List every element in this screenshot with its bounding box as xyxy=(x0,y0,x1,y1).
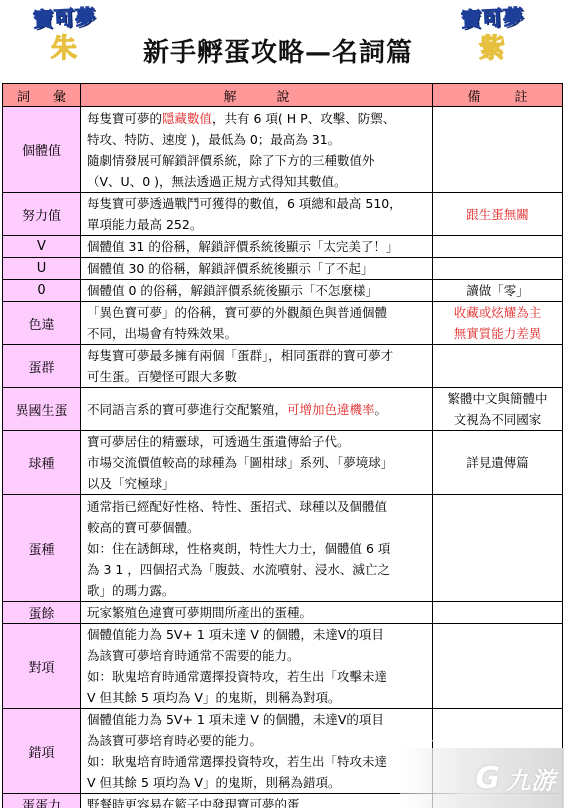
term-cell: 對項 xyxy=(3,624,81,709)
highlight-text: 可增加色違機率 xyxy=(287,402,375,417)
note-cell xyxy=(433,107,563,193)
table-row: 0個體值 0 的俗稱，解鎖評價系統後顯示「不怎麼樣」讀做「零」 xyxy=(3,280,563,302)
description-text: V 但其餘 5 項均為 V」的鬼斯，則稱為對項。 xyxy=(87,690,340,705)
table-row: 蛋餘玩家繁殖色違寶可夢期間所產出的蛋種。 xyxy=(3,602,563,624)
note-line: 無實質能力差異 xyxy=(435,323,560,344)
page-title: 新手孵蛋攻略—名詞篇 xyxy=(143,32,413,69)
term-cell: 蛋蛋力 xyxy=(3,794,81,808)
logo-violet-brand: 寶可夢 xyxy=(460,2,524,33)
page: 寶可夢 朱 新手孵蛋攻略—名詞篇 寶可夢 紫 詞彙 解說 備註 xyxy=(0,0,564,808)
description-line: 每隻寶可夢的隱藏數值，共有 6 項( H P、攻擊、防禦、 xyxy=(87,108,426,129)
term-cell: V xyxy=(3,236,81,258)
description-line: 個體值 31 的俗稱，解鎖評價系統後顯示「太完美了！」 xyxy=(87,236,426,257)
description-text: 個體值能力為 5V+ 1 項未達 V 的個體，未達V的項目 xyxy=(87,627,384,642)
description-cell: 玩家繁殖色違寶可夢期間所產出的蛋種。 xyxy=(81,602,433,624)
description-text: ，共有 6 項( H P、攻擊、防禦、 xyxy=(212,111,395,126)
column-header-description-a: 解 xyxy=(223,86,236,105)
term-cell: 個體值 xyxy=(3,107,81,193)
description-text: 不同語言系的寶可夢進行交配繁殖， xyxy=(87,402,287,417)
table-row: V個體值 31 的俗稱，解鎖評價系統後顯示「太完美了！」 xyxy=(3,236,563,258)
description-text: 為 3 1 ，四個招式為「腹鼓、水流噴射、浸水、滅亡之 xyxy=(87,562,390,577)
note-cell: 收藏或炫耀為主無實質能力差異 xyxy=(433,302,563,345)
highlight-text: 隱藏數值 xyxy=(162,111,212,126)
description-line: 寶可夢居住的精靈球，可透過生蛋遺傳給子代。 xyxy=(87,431,426,452)
description-text: 玩家繁殖色違寶可夢期間所產出的蛋種。 xyxy=(87,605,312,620)
table-header-row: 詞彙 解說 備註 xyxy=(3,84,563,107)
watermark-text: 九游 xyxy=(506,761,556,796)
description-text: 如：耿鬼培育時通常選擇投資特攻，若生出「攻擊未達 xyxy=(87,669,387,684)
description-line: 個體值 0 的俗稱，解鎖評價系統後顯示「不怎麼樣」 xyxy=(87,280,426,301)
note-cell: 詳見遺傳篇 xyxy=(433,431,563,495)
description-line: 隨劇情發展可解鎖評價系統，除了下方的三種數值外 xyxy=(87,150,426,171)
table-row: U個體值 30 的俗稱，解鎖評價系統後顯示「了不起」 xyxy=(3,258,563,280)
description-text: 歌」的瑪力露。 xyxy=(87,583,175,598)
glossary-table: 詞彙 解說 備註 個體值每隻寶可夢的隱藏數值，共有 6 項( H P、攻擊、防禦… xyxy=(2,83,563,808)
description-line: 玩家繁殖色違寶可夢期間所產出的蛋種。 xyxy=(87,602,426,623)
description-cell: 每隻寶可夢的隱藏數值，共有 6 項( H P、攻擊、防禦、特攻、特防、速度 )，… xyxy=(81,107,433,193)
column-header-note-a: 備 xyxy=(467,86,480,105)
description-cell: 每隻寶可夢最多擁有兩個「蛋群」，相同蛋群的寶可夢才可生蛋。百變怪可跟大多數 xyxy=(81,345,433,388)
term-cell: 球種 xyxy=(3,431,81,495)
description-text: 寶可夢居住的精靈球，可透過生蛋遺傳給子代。 xyxy=(87,434,350,449)
note-cell xyxy=(433,236,563,258)
description-line: 以及「究極球」 xyxy=(87,473,426,494)
description-cell: 個體值能力為 5V+ 1 項未達 V 的個體，未達V的項目為該寶可夢培育時通常不… xyxy=(81,624,433,709)
description-cell: 「異色寶可夢」的俗稱，寶可夢的外觀顏色與普通個體不同，出場會有特殊效果。 xyxy=(81,302,433,345)
description-line: 如：耿鬼培育時通常選擇投資特攻，若生出「攻擊未達 xyxy=(87,666,426,687)
column-header-term-a: 詞 xyxy=(17,86,30,105)
table-row: 蛋群每隻寶可夢最多擁有兩個「蛋群」，相同蛋群的寶可夢才可生蛋。百變怪可跟大多數 xyxy=(3,345,563,388)
note-line: 文視為不同國家 xyxy=(435,409,560,430)
table-row: 蛋種通常指已經配好性格、特性、蛋招式、球種以及個體值較高的寶可夢個體。如：住在誘… xyxy=(3,495,563,602)
description-text: 每隻寶可夢的 xyxy=(87,111,162,126)
logo-scarlet: 寶可夢 朱 xyxy=(14,4,114,78)
description-line: 為該寶可夢培育時必要的能力。 xyxy=(87,730,426,751)
description-line: 野餐時更容易在籃子中發現寶可夢的蛋 xyxy=(87,794,426,808)
term-cell: 努力值 xyxy=(3,193,81,236)
description-text: 「異色寶可夢」的俗稱，寶可夢的外觀顏色與普通個體 xyxy=(87,305,387,320)
note-cell xyxy=(433,345,563,388)
description-text: 為該寶可夢培育時通常不需要的能力。 xyxy=(87,648,300,663)
description-text: 可生蛋。百變怪可跟大多數 xyxy=(87,369,237,384)
table-row: 球種寶可夢居住的精靈球，可透過生蛋遺傳給子代。市場交流價值較高的球種為「圖柑球」… xyxy=(3,431,563,495)
note-line: 繁體中文與簡體中 xyxy=(435,388,560,409)
description-line: 歌」的瑪力露。 xyxy=(87,580,426,601)
description-cell: 個體值 0 的俗稱，解鎖評價系統後顯示「不怎麼樣」 xyxy=(81,280,433,302)
description-line: （V、U、0 )，無法透過正規方式得知其數值。 xyxy=(87,171,426,192)
note-line: 收藏或炫耀為主 xyxy=(435,302,560,323)
table-row: 色違「異色寶可夢」的俗稱，寶可夢的外觀顏色與普通個體不同，出場會有特殊效果。收藏… xyxy=(3,302,563,345)
logo-violet: 寶可夢 紫 xyxy=(442,4,542,78)
description-line: 「異色寶可夢」的俗稱，寶可夢的外觀顏色與普通個體 xyxy=(87,302,426,323)
description-cell: 每隻寶可夢透過戰鬥可獲得的數值，6 項總和最高 510，單項能力最高 252。 xyxy=(81,193,433,236)
description-line: 個體值 30 的俗稱，解鎖評價系統後顯示「了不起」 xyxy=(87,258,426,279)
description-text: 如：耿鬼培育時通常選擇投資特攻，若生出「特攻未達 xyxy=(87,754,387,769)
description-text: 個體值 30 的俗稱，解鎖評價系統後顯示「了不起」 xyxy=(87,261,373,276)
description-text: 如：住在誘餌球，性格爽朗，特性大力士，個體值 6 項 xyxy=(87,541,390,556)
description-text: 特攻、特防、速度 )，最低為 0；最高為 31。 xyxy=(87,132,340,147)
term-cell: 錯項 xyxy=(3,709,81,794)
note-cell xyxy=(433,495,563,602)
description-text: 以及「究極球」 xyxy=(87,476,175,491)
term-cell: 蛋種 xyxy=(3,495,81,602)
table-row: 努力值每隻寶可夢透過戰鬥可獲得的數值，6 項總和最高 510，單項能力最高 25… xyxy=(3,193,563,236)
column-header-description: 解說 xyxy=(81,84,433,107)
description-line: 如：住在誘餌球，性格爽朗，特性大力士，個體值 6 項 xyxy=(87,538,426,559)
description-line: 不同語言系的寶可夢進行交配繁殖，可增加色違機率。 xyxy=(87,399,426,420)
note-cell xyxy=(433,624,563,709)
description-cell: 寶可夢居住的精靈球，可透過生蛋遺傳給子代。市場交流價值較高的球種為「圖柑球」系列… xyxy=(81,431,433,495)
description-text: 個體值 0 的俗稱，解鎖評價系統後顯示「不怎麼樣」 xyxy=(87,283,378,298)
description-line: 為 3 1 ，四個招式為「腹鼓、水流噴射、浸水、滅亡之 xyxy=(87,559,426,580)
description-text: 單項能力最高 252。 xyxy=(87,217,202,232)
page-header: 寶可夢 朱 新手孵蛋攻略—名詞篇 寶可夢 紫 xyxy=(0,0,564,83)
note-line: 讀做「零」 xyxy=(435,280,560,301)
description-line: 個體值能力為 5V+ 1 項未達 V 的個體，未達V的項目 xyxy=(87,624,426,645)
description-line: 單項能力最高 252。 xyxy=(87,214,426,235)
table-row: 異國生蛋不同語言系的寶可夢進行交配繁殖，可增加色違機率。繁體中文與簡體中文視為不… xyxy=(3,388,563,431)
description-text: 野餐時更容易在籃子中發現寶可夢的蛋 xyxy=(87,797,300,808)
term-cell: 色違 xyxy=(3,302,81,345)
description-cell: 不同語言系的寶可夢進行交配繁殖，可增加色違機率。 xyxy=(81,388,433,431)
description-cell: 野餐時更容易在籃子中發現寶可夢的蛋 xyxy=(81,794,433,808)
description-line: 特攻、特防、速度 )，最低為 0；最高為 31。 xyxy=(87,129,426,150)
note-cell xyxy=(433,602,563,624)
description-cell: 通常指已經配好性格、特性、蛋招式、球種以及個體值較高的寶可夢個體。如：住在誘餌球… xyxy=(81,495,433,602)
term-cell: 蛋群 xyxy=(3,345,81,388)
description-text: 個體值 31 的俗稱，解鎖評價系統後顯示「太完美了！」 xyxy=(87,239,398,254)
description-line: 不同，出場會有特殊效果。 xyxy=(87,323,426,344)
description-text: V 但其餘 5 項均為 V」的鬼斯，則稱為錯項。 xyxy=(87,775,340,790)
watermark-logo-icon: G xyxy=(475,761,500,796)
description-cell: 個體值 30 的俗稱，解鎖評價系統後顯示「了不起」 xyxy=(81,258,433,280)
term-cell: 異國生蛋 xyxy=(3,388,81,431)
table-body: 個體值每隻寶可夢的隱藏數值，共有 6 項( H P、攻擊、防禦、特攻、特防、速度… xyxy=(3,107,563,808)
description-cell: 個體值 31 的俗稱，解鎖評價系統後顯示「太完美了！」 xyxy=(81,236,433,258)
description-line: 市場交流價值較高的球種為「圖柑球」系列、「夢境球」 xyxy=(87,452,426,473)
watermark: G 九游 xyxy=(400,748,564,808)
description-line: V 但其餘 5 項均為 V」的鬼斯，則稱為對項。 xyxy=(87,687,426,708)
column-header-term-b: 彙 xyxy=(53,86,66,105)
table-row: 個體值每隻寶可夢的隱藏數值，共有 6 項( H P、攻擊、防禦、特攻、特防、速度… xyxy=(3,107,563,193)
note-cell: 跟生蛋無關 xyxy=(433,193,563,236)
description-text: 不同，出場會有特殊效果。 xyxy=(87,326,237,341)
description-text: 為該寶可夢培育時必要的能力。 xyxy=(87,733,262,748)
description-text: （V、U、0 )，無法透過正規方式得知其數值。 xyxy=(87,174,347,189)
logo-scarlet-brand: 寶可夢 xyxy=(32,2,96,33)
note-cell: 繁體中文與簡體中文視為不同國家 xyxy=(433,388,563,431)
description-line: 可生蛋。百變怪可跟大多數 xyxy=(87,366,426,387)
table-row: 對項個體值能力為 5V+ 1 項未達 V 的個體，未達V的項目為該寶可夢培育時通… xyxy=(3,624,563,709)
description-line: 每隻寶可夢透過戰鬥可獲得的數值，6 項總和最高 510， xyxy=(87,193,426,214)
description-line: 個體值能力為 5V+ 1 項未達 V 的個體，未達V的項目 xyxy=(87,709,426,730)
column-header-term: 詞彙 xyxy=(3,84,81,107)
note-cell xyxy=(433,258,563,280)
description-text: 個體值能力為 5V+ 1 項未達 V 的個體，未達V的項目 xyxy=(87,712,384,727)
term-cell: 蛋餘 xyxy=(3,602,81,624)
logo-violet-version: 紫 xyxy=(479,32,505,66)
description-line: 如：耿鬼培育時通常選擇投資特攻，若生出「特攻未達 xyxy=(87,751,426,772)
description-line: V 但其餘 5 項均為 V」的鬼斯，則稱為錯項。 xyxy=(87,772,426,793)
term-cell: 0 xyxy=(3,280,81,302)
column-header-note-b: 註 xyxy=(515,86,528,105)
description-text: 隨劇情發展可解鎖評價系統，除了下方的三種數值外 xyxy=(87,153,375,168)
note-cell: 讀做「零」 xyxy=(433,280,563,302)
description-text: 較高的寶可夢個體。 xyxy=(87,520,200,535)
description-text: 通常指已經配好性格、特性、蛋招式、球種以及個體值 xyxy=(87,499,387,514)
note-line: 詳見遺傳篇 xyxy=(435,452,560,473)
logo-scarlet-version: 朱 xyxy=(51,32,77,66)
note-line: 跟生蛋無關 xyxy=(435,204,560,225)
column-header-note: 備註 xyxy=(433,84,563,107)
column-header-description-b: 說 xyxy=(277,86,290,105)
description-text: 市場交流價值較高的球種為「圖柑球」系列、「夢境球」 xyxy=(87,455,393,470)
description-cell: 個體值能力為 5V+ 1 項未達 V 的個體，未達V的項目為該寶可夢培育時必要的… xyxy=(81,709,433,794)
description-line: 通常指已經配好性格、特性、蛋招式、球種以及個體值 xyxy=(87,496,426,517)
description-text: 每隻寶可夢最多擁有兩個「蛋群」，相同蛋群的寶可夢才 xyxy=(87,348,393,363)
description-line: 為該寶可夢培育時通常不需要的能力。 xyxy=(87,645,426,666)
description-text: 。 xyxy=(375,402,388,417)
description-line: 較高的寶可夢個體。 xyxy=(87,517,426,538)
description-line: 每隻寶可夢最多擁有兩個「蛋群」，相同蛋群的寶可夢才 xyxy=(87,345,426,366)
term-cell: U xyxy=(3,258,81,280)
description-text: 每隻寶可夢透過戰鬥可獲得的數值，6 項總和最高 510， xyxy=(87,196,402,211)
